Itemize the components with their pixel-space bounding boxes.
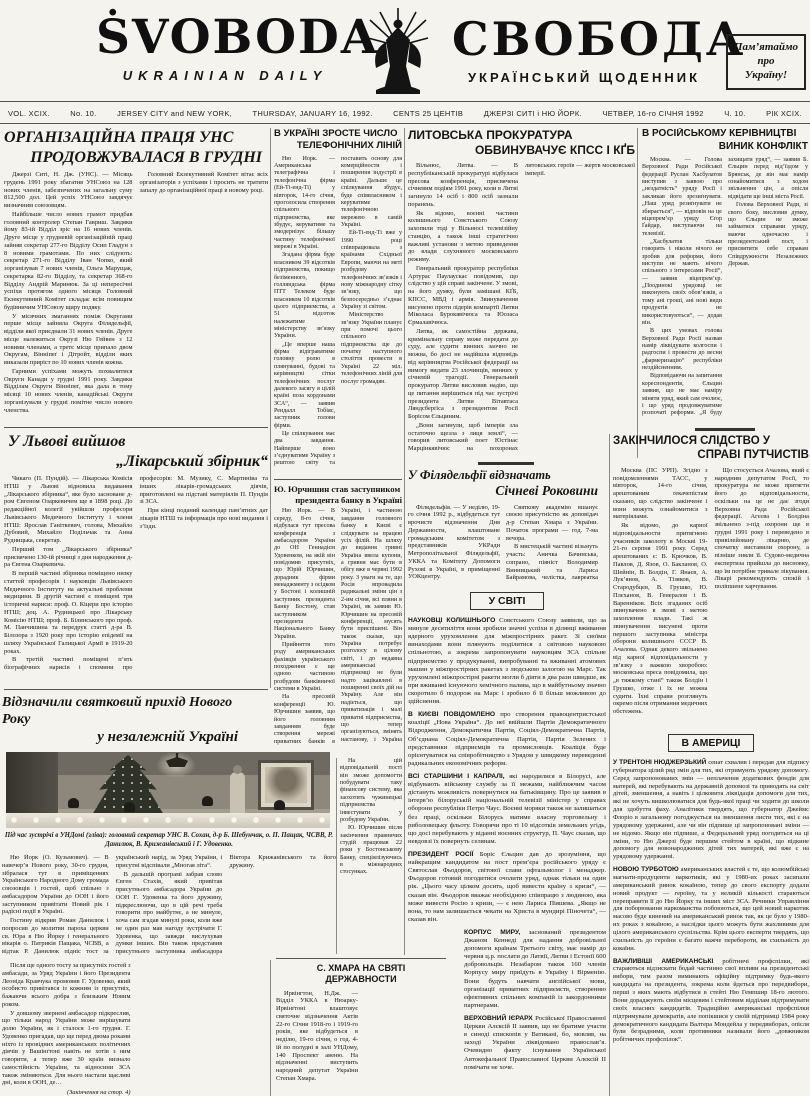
headline-line: Січневі Роковини xyxy=(408,483,598,499)
world-item-lead: НАУКОВЦІ КОЛИШНЬОГО xyxy=(408,617,495,624)
article-uns-december-work: ОРГАНІЗАЦІЙНА ПРАЦЯ УНС ПРОДОВЖУВАЛАСЯ В… xyxy=(4,128,268,425)
article-putsch-investigation: ЗАКІНЧИЛОСЯ СЛІДСТВО У СПРАВІ ПУТЧИСТІВ … xyxy=(613,434,809,732)
world-item-lead: КОРПУС МИРУ, xyxy=(464,929,520,936)
article-paragraph: „Хасбулатов тільки говорить і ніколи ніч… xyxy=(642,239,722,327)
america-item-text: американських властей є те, що колюмбійс… xyxy=(613,866,809,952)
article-headline: ЗАКІНЧИЛОСЯ СЛІДСТВО У СПРАВІ ПУТЧИСТІВ xyxy=(613,434,809,463)
article-paragraph: Ню Йорк. — Американська телеграфічна і т… xyxy=(274,156,335,252)
america-item-lead: У ТРЕНТОНІ НЮДЖЕРЗЬКИЙ xyxy=(613,759,706,766)
article-body: Вільнюс, Литва. — В республіканській про… xyxy=(408,162,635,454)
headline-line: В РОСІЙСЬКОМУ КЕРІВНИЦТВІ xyxy=(642,128,808,141)
seated-figure xyxy=(68,798,79,808)
newspaper-title-english: ṠVOBODA xyxy=(96,10,379,65)
article-headline: Відзначили святковий прихід Нового Року … xyxy=(2,694,258,746)
article-paragraph: Святкову академію вшанує своєю присутніс… xyxy=(506,504,598,543)
article-body: Ню Йорк (О. Кузьмович). — В навечер’я Но… xyxy=(2,854,336,958)
article-paragraph: Ню Йорк (О. Кузьмович). — В навечер’я Но… xyxy=(2,854,109,916)
world-item-lead: ВСІ СТАРШИНИ І КАПРАЛІ, xyxy=(408,773,505,780)
article-paragraph: Як відомо, до карної відповідальности пр… xyxy=(613,522,708,716)
article-paragraph: У місячних змаганнях поміж Округами перш… xyxy=(4,313,133,367)
column-rule xyxy=(404,128,405,955)
america-item-lead: ВАЖЛИВІШІ АМЕРИКАНСЬКІ xyxy=(613,958,713,965)
world-item: КОРПУС МИРУ, заснований президентом Джан… xyxy=(464,929,606,1010)
seated-figure xyxy=(124,802,135,812)
article-paragraph: Ю. Юрчишин після закінчення правничих ст… xyxy=(340,825,402,877)
america-item: ВАЖЛИВІШІ АМЕРИКАНСЬКІ робітничі профспі… xyxy=(613,958,809,1044)
america-item: НОВОЮ ТУРБОТОЮ американських властей є т… xyxy=(613,866,809,952)
article-paragraph: „Це вперше наша фірма відіграватиме голо… xyxy=(274,342,335,430)
banquet-table xyxy=(6,813,330,828)
article-paragraph: Перший том „Лікарського збірника“ присвя… xyxy=(4,546,133,569)
article-philadelphia-anniversary: У Філядельфії відзначать Січневі Роковин… xyxy=(408,468,598,588)
article-paragraph: Ню Йорк. — В середу, 8-го січня, відбула… xyxy=(274,508,335,640)
article-headline: У Філядельфії відзначать Січневі Роковин… xyxy=(408,468,598,500)
section-world-title: У СВІТІ xyxy=(470,592,544,610)
article-paragraph: Після ще одного тосту за присутніх госте… xyxy=(2,962,131,1009)
newspaper-title-ukrainian: СВОБОДА xyxy=(452,12,746,66)
dateline-issue-number: No. 10. xyxy=(70,109,96,118)
world-item-text: які народилися в Білорусі, але відбувают… xyxy=(408,773,606,845)
article-paragraph: Що стосується Ачалова, який є народним д… xyxy=(715,467,810,591)
dateline-year-ukrainian: РІК XCIX. xyxy=(766,109,802,118)
headline-line: У Львові вийшов xyxy=(4,432,268,452)
article-body: Ню Йорк. — В середу, 8-го січня, відбула… xyxy=(274,508,402,748)
reception-photo xyxy=(6,752,330,828)
headline-line: У Філядельфії відзначать xyxy=(408,468,598,483)
divider xyxy=(0,101,810,102)
headline-line: ОБВИНУВАЧУЄ КПСС І КҐБ xyxy=(408,143,635,158)
article-headline: У Львові вийшов „Лікарський збірник“ xyxy=(4,432,268,471)
newspaper-subtitle-english: UKRAINIAN DAILY xyxy=(100,68,350,83)
section-america-items: У ТРЕНТОНІ НЮДЖЕРЗЬКИЙ сенат схвалив і п… xyxy=(613,759,809,1044)
article-paragraph: Чикаго (П. Пундій). — Лікарська Комісія … xyxy=(4,475,133,545)
article-headline: В РОСІЙСЬКОМУ КЕРІВНИЦТВІ ВИНИК КОНФЛІКТ xyxy=(642,128,808,153)
headline-line: В УКРАЇНІ ЗРОСТЕ ЧИСЛО xyxy=(274,128,402,140)
seated-figure xyxy=(274,800,285,810)
section-america-title: В АМЕРИЦІ xyxy=(668,734,754,752)
headline-line: ЛИТОВСЬКА ПРОКУРАТУРА xyxy=(408,128,635,143)
motto-line: про xyxy=(728,55,804,69)
world-item-lead: ПРЕЗИДЕНТ РОСІЇ xyxy=(408,851,473,858)
headline-line: президента банку в Україні xyxy=(274,495,402,506)
article-body: Москва (ПС УРП). Згідно з повідомленнями… xyxy=(613,467,809,727)
section-divider xyxy=(478,462,534,465)
article-body: Чикаго (П. Пундій). — Лікарська Комісія … xyxy=(4,475,268,679)
seated-figure xyxy=(202,796,213,806)
dateline-price: CENTS 25 ЦЕНТІВ xyxy=(393,109,463,118)
world-item-text: про створення правоцентристської коаліці… xyxy=(408,711,606,767)
article-paragraph: У довшому звернені амбасадор підкреслив,… xyxy=(2,1010,131,1088)
section-world-items: НАУКОВЦІ КОЛИШНЬОГО Совєтського Союзу за… xyxy=(408,617,606,1072)
column-rule xyxy=(270,128,271,688)
article-paragraph: Як відомо, воєнні частини колишнього Сов… xyxy=(408,210,518,264)
world-item-text: Боріс Єльцин дав до зрозуміння, що найкр… xyxy=(408,851,606,923)
article-yurchyshyn-continuation: На цій відповідальній пості він зможе до… xyxy=(340,758,402,956)
world-item-text: заснований президентом Джаном Кеннеді дл… xyxy=(464,929,606,1009)
article-paragraph: Голова Верховної Ради, зі свого боку, ви… xyxy=(728,202,808,268)
standing-figure xyxy=(230,772,245,814)
article-russian-leadership-conflict: В РОСІЙСЬКОМУ КЕРІВНИЦТВІ ВИНИК КОНФЛІКТ… xyxy=(642,128,808,426)
article-paragraph: В першій частині збірника поміщено низку… xyxy=(4,570,133,655)
motto-line: Україну! xyxy=(728,69,804,83)
article-paragraph: Ирвінгтон, Н.Дж. — Відділ УККА в Нюарку-… xyxy=(276,990,358,1083)
america-item-lead: НОВОЮ ТУРБОТОЮ xyxy=(613,866,679,873)
dateline-date-ukrainian: ЧЕТВЕР, 16-го СІЧНЯ 1992 xyxy=(602,109,703,118)
article-paragraph: Генеральний прокуратор республіки Артура… xyxy=(408,265,518,327)
article-paragraph: Ей-Ті-енд-Ті вже у 1990 році співпрацюва… xyxy=(341,230,402,311)
column-rule xyxy=(336,758,337,954)
framed-portrait xyxy=(258,760,314,810)
dateline-city-ukrainian: ДЖЕРЗІ СИТІ і НЮ ЙОРК. xyxy=(484,109,582,118)
world-item: ВСІ СТАРШИНИ І КАПРАЛІ, які народилися в… xyxy=(408,773,606,846)
headline-line: ОРГАНІЗАЦІЙНА ПРАЦЯ УНС xyxy=(4,128,268,148)
article-paragraph: При кінці поданий календар пам’ятних дат… xyxy=(140,507,269,530)
divider xyxy=(0,123,810,124)
article-paragraph: Джерзі Ситі, Н. Дж. (УНС). — Місяць груд… xyxy=(4,171,133,210)
archangel-rays-emblem-icon xyxy=(366,6,430,99)
article-body: Москва. — Голова Верховної Ради Російськ… xyxy=(642,157,808,423)
world-item: ВЕРХОВНИЙ ІЄРАРХ Російської Православної… xyxy=(464,1015,606,1072)
article-paragraph: На цій відповідальній пості він зможе до… xyxy=(340,758,402,824)
world-item: ПРЕЗИДЕНТ РОСІЇ Боріс Єльцин дав до зроз… xyxy=(408,851,606,924)
dateline-date-english: THURSDAY, JANUARY 16, 1992. xyxy=(253,109,373,118)
article-paragraph: В цих умовах голова Верховної Ради Росії… xyxy=(642,328,722,372)
column-rule xyxy=(637,128,638,458)
newspaper-front-page: ṠVOBODA UKRAINIAN DAILY СВОБОДА xyxy=(0,0,810,1096)
world-item: НАУКОВЦІ КОЛИШНЬОГО Совєтського Союзу за… xyxy=(408,617,606,706)
photo-caption: Під час зустрічі в УНДомі (зліва): голов… xyxy=(2,832,336,850)
article-headline: ЛИТОВСЬКА ПРОКУРАТУРА ОБВИНУВАЧУЄ КПСС І… xyxy=(408,128,635,158)
article-body: На цій відповідальній пості він зможе до… xyxy=(340,758,402,877)
world-item-text: Совєтського Союзу заявили, що за минуле … xyxy=(408,617,606,705)
headline-line: ТЕЛЕФОНІЧНИХ ЛІНІЙ xyxy=(274,140,402,152)
article-paragraph: Вільнюс, Литва. — В республіканській про… xyxy=(408,162,518,209)
article-paragraph: Прийняття того роду американських фахівц… xyxy=(274,642,335,694)
article-headline: Ю. Юрчишин став заступником президента б… xyxy=(274,484,402,505)
headline-line: „Лікарський збірник“ xyxy=(4,452,268,472)
article-lithuania-prosecutors: ЛИТОВСЬКА ПРОКУРАТУРА ОБВИНУВАЧУЄ КПСС І… xyxy=(408,128,635,460)
section-world: У СВІТІ НАУКОВЦІ КОЛИШНЬОГО Совєтського … xyxy=(408,592,606,1096)
article-body: Філядельфія. — У неділю, 19-го січня 199… xyxy=(408,504,598,586)
article-body: Джерзі Ситі, Н. Дж. (УНС). — Місяць груд… xyxy=(4,171,268,421)
article-headline: ОРГАНІЗАЦІЙНА ПРАЦЯ УНС ПРОДОВЖУВАЛАСЯ В… xyxy=(4,128,268,167)
column-rule xyxy=(609,434,610,1096)
motto-box: Пам’ятаймо про Україну! xyxy=(726,34,806,90)
section-divider xyxy=(695,428,755,431)
divider xyxy=(274,479,402,480)
world-item-lead: ВЕРХОВНИЙ ІЄРАРХ xyxy=(464,1015,533,1022)
dateline: VOL. XCIX. No. 10. JERSEY CITY and NEW Y… xyxy=(0,103,810,123)
article-ukraine-telephone-lines: В УКРАЇНІ ЗРОСТЕ ЧИСЛО ТЕЛЕФОНІЧНИХ ЛІНІ… xyxy=(274,128,402,476)
headline-line: у незалежній Україні xyxy=(2,728,258,746)
continuation-note: (Закінчення на стор. 4) xyxy=(2,1089,131,1096)
article-lviv-medical-journal: У Львові вийшов „Лікарський збірник“ Чик… xyxy=(4,432,268,686)
article-paragraph: Москва. — Голова Верховної Ради Російськ… xyxy=(642,157,722,238)
america-item: У ТРЕНТОНІ НЮДЖЕРЗЬКИЙ сенат схвалив і п… xyxy=(613,759,809,861)
headline-line: ВИНИК КОНФЛІКТ xyxy=(642,141,808,154)
headline-line: ЗАКІНЧИЛОСЯ СЛІДСТВО У xyxy=(613,434,809,448)
article-paragraph: Головний Екзекутивний Комітет вітає всіх… xyxy=(140,171,269,194)
section-america: В АМЕРИЦІ У ТРЕНТОНІ НЮДЖЕРЗЬКИЙ сенат с… xyxy=(613,734,809,1096)
divider xyxy=(4,427,268,428)
article-paragraph: Литва, як самостійна держава, кримінальн… xyxy=(408,328,518,421)
article-paragraph: Згадана фірма буде власником 39 відсоткі… xyxy=(274,252,335,340)
world-item: В КИЄВІ ПОВІДОМЛЕНО про створення правоц… xyxy=(408,711,606,768)
article-paragraph: Міністерство зв’язку України планує при … xyxy=(341,312,402,386)
article-paragraph: В дальшій програмі забрав слово Євген Ст… xyxy=(116,854,336,958)
dateline-issue-ukrainian: Ч. 10. xyxy=(724,109,745,118)
divider xyxy=(4,689,268,690)
article-paragraph: Гарними успіхами можуть похвалитися Окру… xyxy=(4,368,133,415)
world-item-lead: В КИЄВІ ПОВІДОМЛЕНО xyxy=(408,711,495,718)
article-body: Ню Йорк. — Американська телеграфічна і т… xyxy=(274,156,402,472)
article-paragraph: Найбільше число нових грамот придбав гол… xyxy=(4,211,133,312)
article-body: Після ще одного тосту за присутніх госте… xyxy=(2,962,266,1096)
headline-line: СПРАВІ ПУТЧИСТІВ xyxy=(613,448,809,462)
headline-line: Відзначили святковий прихід Нового Року xyxy=(2,694,258,728)
headline-line: Ю. Юрчишин став заступником xyxy=(274,484,402,495)
world-item-text: Російської Православної Церкви Алєксій I… xyxy=(464,1015,606,1071)
america-item-text: сенат схвалив і передав для підпису губе… xyxy=(613,759,809,860)
article-paragraph: Москва (ПС УРП). Згідно з повідомленнями… xyxy=(613,467,708,521)
article-yurchyshyn-bank: Ю. Юрчишин став заступником президента б… xyxy=(274,484,402,754)
article-paragraph: Філядельфія. — У неділю, 19-го січня 199… xyxy=(408,504,500,582)
newspaper-subtitle-ukrainian: УКРАЇНСЬКИЙ ЩОДЕННИК xyxy=(450,70,718,85)
motto-line: Пам’ятаймо xyxy=(728,41,804,55)
dateline-city-english: JERSEY CITY and NEW YORK, xyxy=(117,109,232,118)
article-headline: В УКРАЇНІ ЗРОСТЕ ЧИСЛО ТЕЛЕФОНІЧНИХ ЛІНІ… xyxy=(274,128,402,152)
america-item-text: робітничі профспілки, які стараються від… xyxy=(613,958,809,1044)
headline-line: ПРОДОВЖУВАЛАСЯ В ГРУДНІ xyxy=(4,148,268,168)
dateline-volume: VOL. XCIX. xyxy=(8,109,50,118)
